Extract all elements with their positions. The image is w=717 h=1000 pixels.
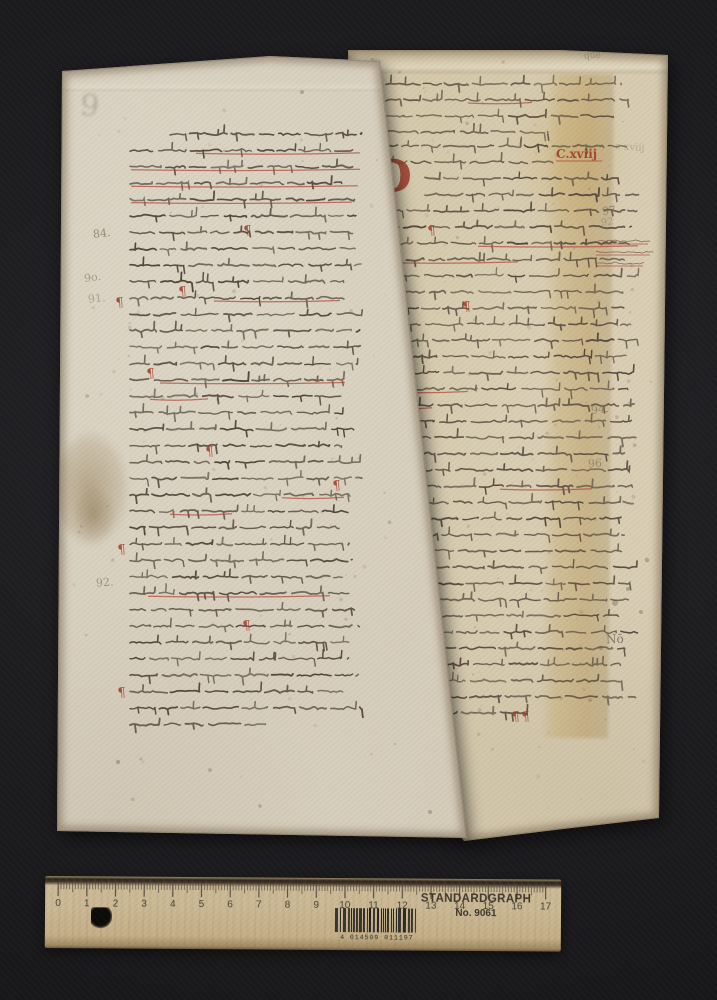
ruler-number: 3 [134,899,154,910]
ruler-number: 7 [249,899,269,910]
margin-note: 9o. [83,271,101,284]
manuscript-photograph: ¶¶¶¶¶¶¶DC.xviij £90quec xviij97.9294.96N… [0,0,717,1000]
ruler-number: 9 [306,900,326,911]
model-number: No. 9061 [406,908,546,920]
manuscript-leaf-left: ¶¶¶¶¶¶¶¶¶ 984.9o.91.92. [0,0,717,1000]
margin-note: 91. [87,292,106,305]
ruler-number: 8 [277,900,297,911]
margin-note: 84. [92,227,111,240]
ruler-hole [91,907,112,928]
ruler-number: 4 [163,899,183,910]
leaf-left-wrapper: ¶¶¶¶¶¶¶¶¶ 984.9o.91.92. [0,0,717,1000]
ruler: 01234567891011121314151617 4 014509 0111… [45,876,561,952]
brand-name: STANDARDGRAPH [406,893,546,906]
ruler-brand-block: STANDARDGRAPH No. 9061 [406,893,546,920]
ruler-number: 0 [48,898,68,909]
ruler-number: 6 [220,899,240,910]
barcode-digits: 4 014509 011197 [325,934,429,942]
margin-note: 92. [96,576,114,588]
margin-notes-left: 984.9o.91.92. [0,0,717,1000]
margin-note: 9 [78,91,100,123]
ruler-number: 5 [191,899,211,910]
